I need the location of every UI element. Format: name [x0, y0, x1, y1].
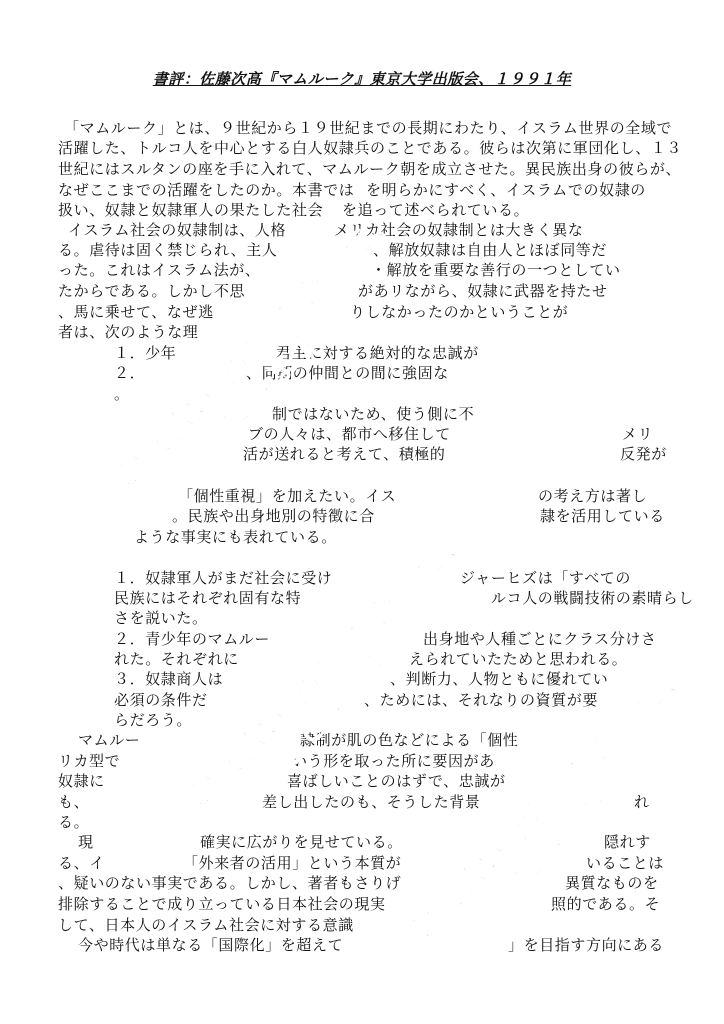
text-line-fragment: 、疑いのない事実である。しかし、著者もさりげ — [58, 873, 401, 893]
text-line-fragment: 隷を活用している — [540, 506, 665, 526]
text-line-fragment: 。 — [114, 384, 130, 404]
text-line-fragment: 排除することで成り立っている日本社会の現実 — [58, 894, 386, 914]
document-title-text: 書評：佐藤次高『マムルーク』東京大学出版会、１９９１年 — [153, 70, 572, 88]
text-line-fragment: ２．青少年のマムルー — [114, 629, 270, 649]
text-line-fragment: 、ためには、それなりの資質が要 — [364, 690, 598, 710]
text-line-fragment: 差し出したのも、そうした背景 — [262, 792, 480, 812]
text-line-fragment: 」を目指す方向にある — [508, 935, 664, 955]
text-line-fragment: る。虐待は固く禁じられ、主人 — [58, 240, 277, 260]
text-line-fragment: 世紀にはスルタンの座を手に入れて、マムルーク朝を成立させた。異民族出身の彼らが、 — [58, 159, 681, 179]
text-line-fragment: いう形を取った所に要因があ — [292, 751, 495, 771]
text-line-fragment: 。民族や出身地別の特徴に合 — [172, 506, 375, 526]
text-line-fragment: して、日本人のイスラム社会に対する意識 — [58, 915, 354, 935]
text-line-fragment: ルコ人の戦闘技術の素晴らし — [491, 588, 694, 608]
text-line-fragment: 「外来者の活用」という本質が — [183, 853, 401, 873]
text-line-fragment: る。 — [58, 812, 89, 832]
text-line-fragment: らだろう。 — [114, 710, 192, 730]
text-line-fragment: れた。それぞれに — [114, 649, 239, 669]
text-line-fragment: 奴隷に — [58, 771, 105, 791]
text-line-fragment: メリ — [622, 424, 653, 444]
text-line-fragment: 今や時代は単なる「国際化」を超えて — [78, 935, 343, 955]
text-line-fragment: も、 — [58, 792, 89, 812]
text-line-fragment: 照的である。そ — [551, 894, 660, 914]
text-line-fragment: 現 — [78, 832, 94, 852]
document-page: 書評：佐藤次高『マムルーク』東京大学出版会、１９９１年 「マムルーク」とは、９世… — [0, 0, 724, 1024]
text-line-fragment: 、判断力、人物ともに優れてい — [390, 669, 608, 689]
text-line-fragment: イスラム社会の奴隷制は、人格 — [68, 220, 286, 240]
text-line-fragment: 「マムルーク」とは、９世紀から１９世紀までの長期にわたり、イスラム世界の全域で — [64, 118, 672, 138]
text-line-fragment: 反発が — [620, 444, 667, 464]
text-line-fragment: ような事実にも表れている。 — [134, 527, 337, 547]
text-line-fragment: った。これはイスラム法が、 — [58, 260, 261, 280]
text-line-fragment: があリながら、奴隷に武器を持たせ — [358, 281, 608, 301]
text-line-fragment: 扱い、奴隷と奴隷軍人の果たした社会 — [58, 200, 323, 220]
text-line-fragment: 必須の条件だ — [114, 690, 208, 710]
text-line-fragment: の考え方は著し — [538, 486, 647, 506]
text-line-fragment: いることは — [586, 853, 664, 873]
text-line-fragment: 喜ばしいことのはずで、忠誠が — [287, 771, 506, 791]
text-line-fragment: れ — [634, 792, 650, 812]
text-line-fragment: さを説いた。 — [114, 608, 208, 628]
text-line-fragment: 異質なものを — [565, 873, 659, 893]
text-line-fragment: を明らかにすべく、イスラムでの奴隷の — [366, 180, 646, 200]
text-line-fragment: 活が送れると考えて、積極的 — [243, 444, 446, 464]
text-line-fragment: １．少年 — [114, 343, 176, 363]
text-line-fragment: マムルー — [78, 730, 140, 750]
text-line-fragment: ２． — [114, 363, 145, 383]
text-line-fragment: リカ型で — [58, 751, 120, 771]
text-line-fragment: 活躍した、トルコ人を中心とする白人奴隷兵のことである。彼らは次第に軍団化し、１３ — [58, 138, 682, 158]
text-line-fragment: ３．奴隷商人は — [114, 669, 223, 689]
text-line-fragment: 隠れす — [604, 832, 651, 852]
text-line-fragment: 、馬に乗せて、なぜ逃 — [58, 302, 214, 322]
text-line-fragment: えられていたためと思われる。 — [409, 649, 627, 669]
text-line-fragment: たからである。しかし不思 — [58, 281, 245, 301]
text-line-fragment: １．奴隷軍人がまだ社会に受け — [114, 568, 332, 588]
text-line-fragment: 制ではないため、使う側に不 — [272, 404, 474, 424]
text-line-fragment: る、イ — [58, 853, 105, 873]
text-line-fragment: 者は、次のような理 — [58, 322, 198, 342]
text-line-fragment: ブの人々は、都市へ移住して — [248, 424, 451, 444]
text-line-fragment: 出身地や人種ごとにクラス分けさ — [423, 629, 657, 649]
document-title: 書評：佐藤次高『マムルーク』東京大学出版会、１９９１年 — [0, 68, 724, 89]
text-line-fragment: りしなかったのかということが — [350, 302, 568, 322]
text-line-fragment: なぜここまでの活躍をしたのか。本書では — [58, 180, 354, 200]
text-line-fragment: 民族にはそれぞれ固有な特 — [114, 588, 301, 608]
text-line-fragment: 「個性重視」を加えたい。イス — [178, 486, 396, 506]
